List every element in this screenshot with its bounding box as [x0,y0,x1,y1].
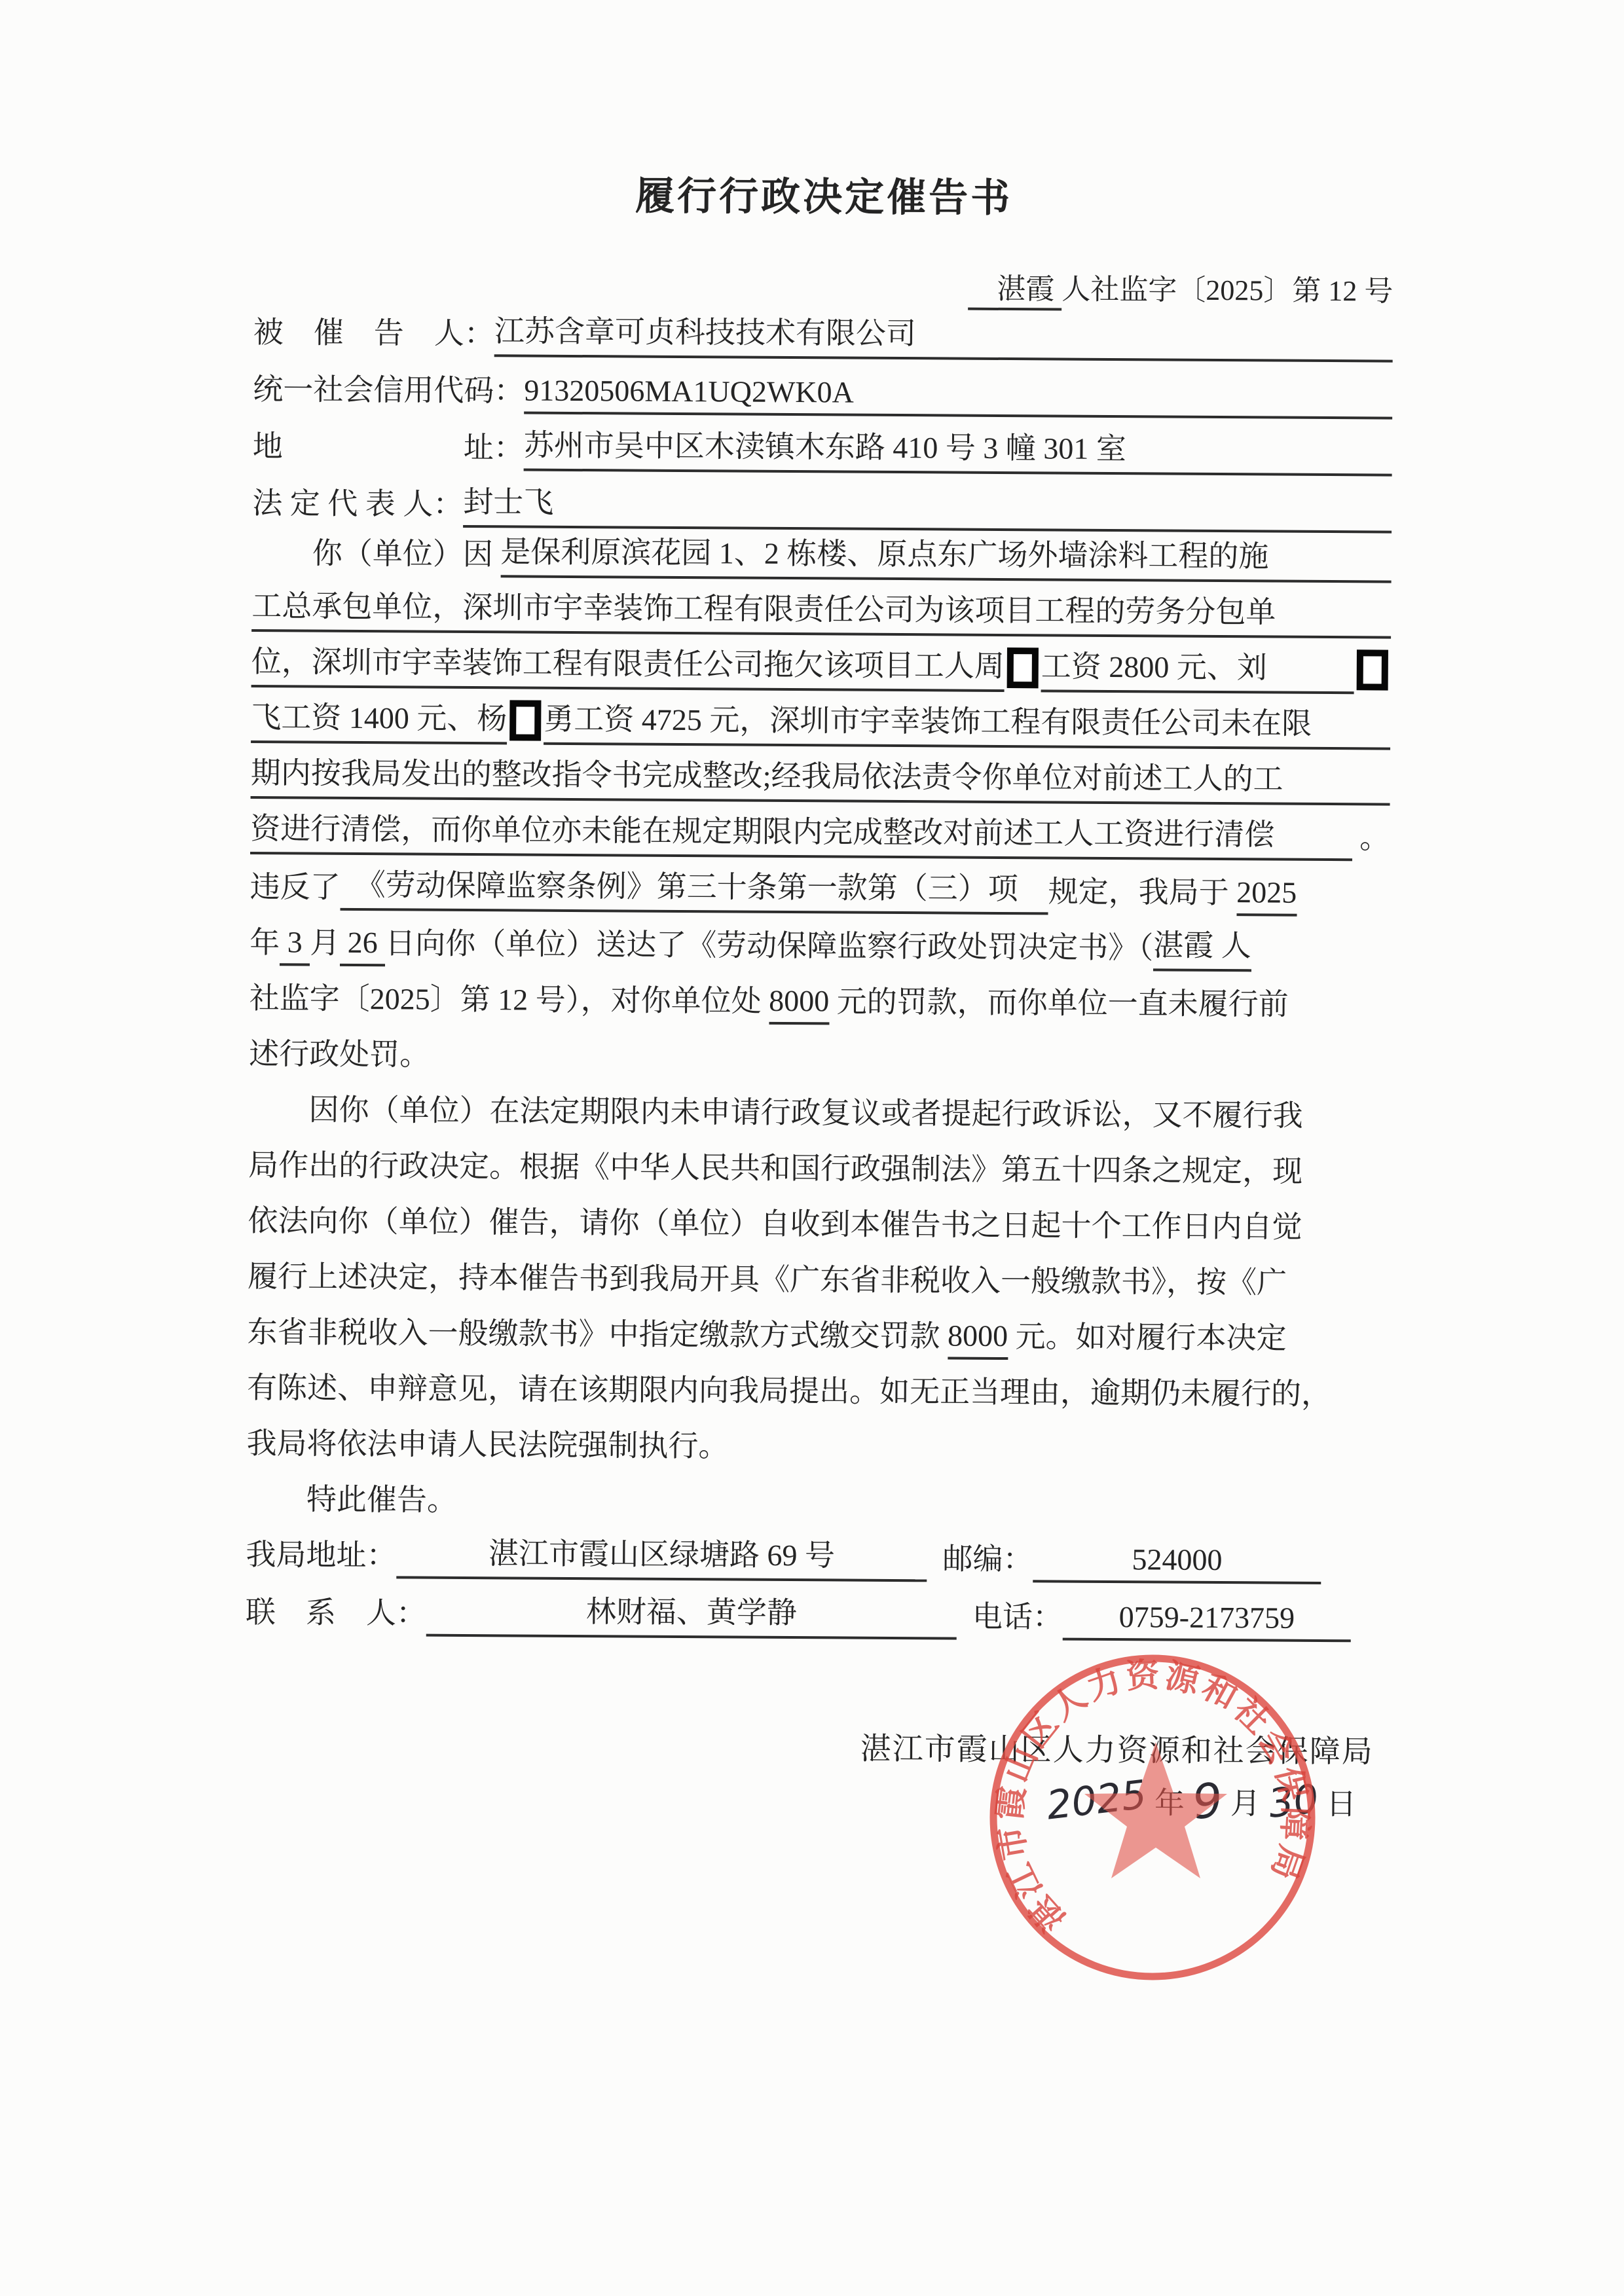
header-fields: 被 催 告 人：江苏含章可贞科技技术有限公司统一社会信用代码：91320506M… [252,299,1393,534]
contact-value: 湛江市霞山区绿塘路 69 号 [396,1529,927,1582]
body-line: 飞工资 1400 元、杨勇工资 4725 元，深圳市宇幸装饰工程有限责任公司未在… [251,687,1390,750]
text-segment: 资进行清偿，而你单位亦未能在规定期限内完成整改对前述工人工资进行清偿 [250,805,1352,861]
text-segment: 规定，我局于 [1048,867,1236,916]
contact-value: 0759-2173759 [1063,1599,1351,1643]
field-row: 地 址：苏州市吴中区木渎镇木东路 410 号 3 幢 301 室 [253,412,1392,477]
text-segment: 26 [340,925,385,966]
field-row: 统一社会信用代码：91320506MA1UQ2WK0A [253,355,1392,420]
contact-row: 我局地址：湛江市霞山区绿塘路 69 号邮编：524000 [246,1520,1386,1585]
contact-label: 邮编： [942,1535,1033,1582]
field-value: 江苏含章可贞科技技术有限公司 [494,307,1393,362]
day-label: 日 [1322,1780,1360,1823]
text-segment: 3 [280,924,310,966]
year-label: 年 [1151,1779,1189,1822]
body-line: 期内按我局发出的整改指令书完成整改;经我局依法责令你单位对前述工人的工 [251,743,1390,806]
document-title: 履行行政决定催告书 [254,162,1393,226]
text-segment: 有陈述、申辩意见，请在该期限内向我局提出。如无正当理由，逾期仍未履行的， [247,1364,1331,1417]
text-segment: 东省非税收入一般缴款书》中指定缴款方式缴交罚款 [247,1308,948,1360]
text-segment: 工资 2800 元、刘 [1041,642,1354,694]
text-segment: 位，深圳市宇幸装饰工程有限责任公司拖欠该项目工人周 [251,638,1005,692]
document-body: 你（单位）因 是保利原滨花园 1、2 栋楼、原点东广场外墙涂料工程的施工总承包单… [246,520,1392,1529]
text-segment: 违反了 [250,863,341,911]
text-segment: 日向你（单位）送达了《劳动保障监察行政处罚决定书》（ [385,919,1153,971]
text-segment: 述行政处罚。 [249,1030,430,1078]
text-segment: 是保利原滨花园 1、2 栋楼、原点东广场外墙涂料工程的施 [500,528,1392,583]
text-segment: 元的罚款，而你单位一直未履行前 [829,977,1289,1027]
text-segment: 年 [249,919,280,966]
text-segment: 特此催告。 [246,1475,457,1523]
text-segment: 湛霞 人 [1153,921,1251,972]
body-line: 述行政处罚。 [249,1021,1388,1084]
document-content: 履行行政决定催告书 湛霞 人社监字〔2025〕第 12 号 被 催 告 人：江苏… [255,0,1395,7]
body-line: 社监字〔2025〕第 12 号），对你单位处 8000 元的罚款，而你单位一直未… [249,966,1388,1029]
field-row: 被 催 告 人：江苏含章可贞科技技术有限公司 [253,299,1393,363]
body-line: 资进行清偿，而你单位亦未能在规定期限内完成整改对前述工人工资进行清偿 。 [250,799,1390,862]
text-segment: 履行上述决定，持本催告书到我局开具《广东省非税收入一般缴款书》，按《广 [248,1252,1287,1306]
body-line: 依法向你（单位）催告，请你（单位）自收到本催告书之日起十个工作日内自觉 [248,1188,1387,1251]
month-label: 月 [1227,1779,1264,1823]
body-line: 局作出的行政决定。根据《中华人民共和国行政强制法》第五十四条之规定，现 [248,1133,1388,1195]
redaction-box [1357,649,1388,690]
handwritten-month: 9 [1189,1772,1225,1831]
body-line: 东省非税收入一般缴款书》中指定缴款方式缴交罚款 8000 元。如对履行本决定 [247,1300,1386,1362]
field-label: 地 址： [253,422,524,471]
field-label: 被 催 告 人： [253,308,494,357]
body-line: 履行上述决定，持本催告书到我局开具《广东省非税收入一般缴款书》，按《广 [248,1244,1387,1307]
contact-label: 我局地址： [246,1531,396,1578]
body-line: 你（单位）因 是保利原滨花园 1、2 栋楼、原点东广场外墙涂料工程的施 [252,520,1392,583]
text-segment: 元。如对履行本决定 [1008,1313,1287,1362]
text-segment: 《劳动保障监察条例》第三十条第一款第（三）项 [341,861,1048,915]
text-segment: 8000 [769,983,829,1025]
body-line: 特此催告。 [246,1467,1386,1529]
text-segment: 依法向你（单位）催告，请你（单位）自收到本催告书之日起十个工作日内自觉 [248,1197,1302,1250]
contact-value: 林财福、黄学静 [426,1587,957,1640]
contact-label: 联 系 人： [246,1588,426,1637]
text-segment: 勇工资 4725 元，深圳市宇幸装饰工程有限责任公司未在限 [544,695,1390,750]
text-segment: 期内按我局发出的整改指令书完成整改;经我局依法责令你单位对前述工人的工 [251,749,1390,806]
text-segment: 局作出的行政决定。根据《中华人民共和国行政强制法》第五十四条之规定，现 [248,1141,1302,1195]
body-line: 违反了 《劳动保障监察条例》第三十条第一款第（三）项 规定，我局于 2025 [250,854,1390,917]
field-value: 苏州市吴中区木渎镇木东路 410 号 3 幢 301 室 [524,422,1392,477]
redaction-box [509,700,541,740]
field-value: 91320506MA1UQ2WK0A [524,373,1392,420]
issuing-agency: 湛江市霞山区人力资源和社会保障局 [860,1724,1374,1772]
text-segment: 飞工资 1400 元、杨 [251,693,507,744]
contact-value: 524000 [1033,1541,1321,1584]
text-segment: 社监字〔2025〕第 12 号），对你单位处 [249,974,769,1025]
handwritten-year: 2025 [1044,1772,1149,1829]
document-number-rest: 人社监字〔2025〕第 12 号 [1061,274,1393,308]
field-label: 统一社会信用代码： [253,365,524,414]
text-segment: 工总承包单位，深圳市宇幸装饰工程有限责任公司为该项目工程的劳务分包单 [251,582,1391,639]
document-page: 履行行政决定催告书 湛霞 人社监字〔2025〕第 12 号 被 催 告 人：江苏… [0,0,1624,2296]
body-line: 位，深圳市宇幸装饰工程有限责任公司拖欠该项目工人周工资 2800 元、刘 [251,632,1391,695]
body-line: 有陈述、申辩意见，请在该期限内向我局提出。如无正当理由，逾期仍未履行的， [247,1355,1386,1418]
text-segment: 月 [310,919,340,966]
contact-section: 我局地址：湛江市霞山区绿塘路 69 号邮编：524000联 系 人：林财福、黄学… [246,1520,1386,1643]
contact-row: 联 系 人：林财福、黄学静电话：0759-2173759 [246,1578,1386,1643]
body-line: 我局将依法申请人民法院强制执行。 [246,1411,1386,1474]
text-segment: 我局将依法申请人民法院强制执行。 [246,1419,728,1469]
text-segment: 你（单位）因 [252,529,501,577]
body-line: 年 3 月 26 日向你（单位）送达了《劳动保障监察行政处罚决定书》（湛霞 人 [249,910,1389,973]
text-segment: 因你（单位）在法定期限内未申请行政复议或者提起行政诉讼，又不履行我 [248,1085,1302,1139]
body-line: 因你（单位）在法定期限内未申请行政复议或者提起行政诉讼，又不履行我 [248,1077,1388,1140]
text-segment: 。 [1352,814,1390,861]
handwritten-day: 30 [1266,1776,1321,1827]
contact-label: 电话： [972,1593,1063,1641]
date-line: 2025 年 9 月 30 日 [1043,1772,1360,1829]
body-line: 工总承包单位，深圳市宇幸装饰工程有限责任公司为该项目工程的劳务分包单 [251,576,1391,639]
text-segment: 2025 [1236,875,1297,917]
redaction-box [1007,647,1039,688]
text-segment: 8000 [948,1318,1008,1360]
